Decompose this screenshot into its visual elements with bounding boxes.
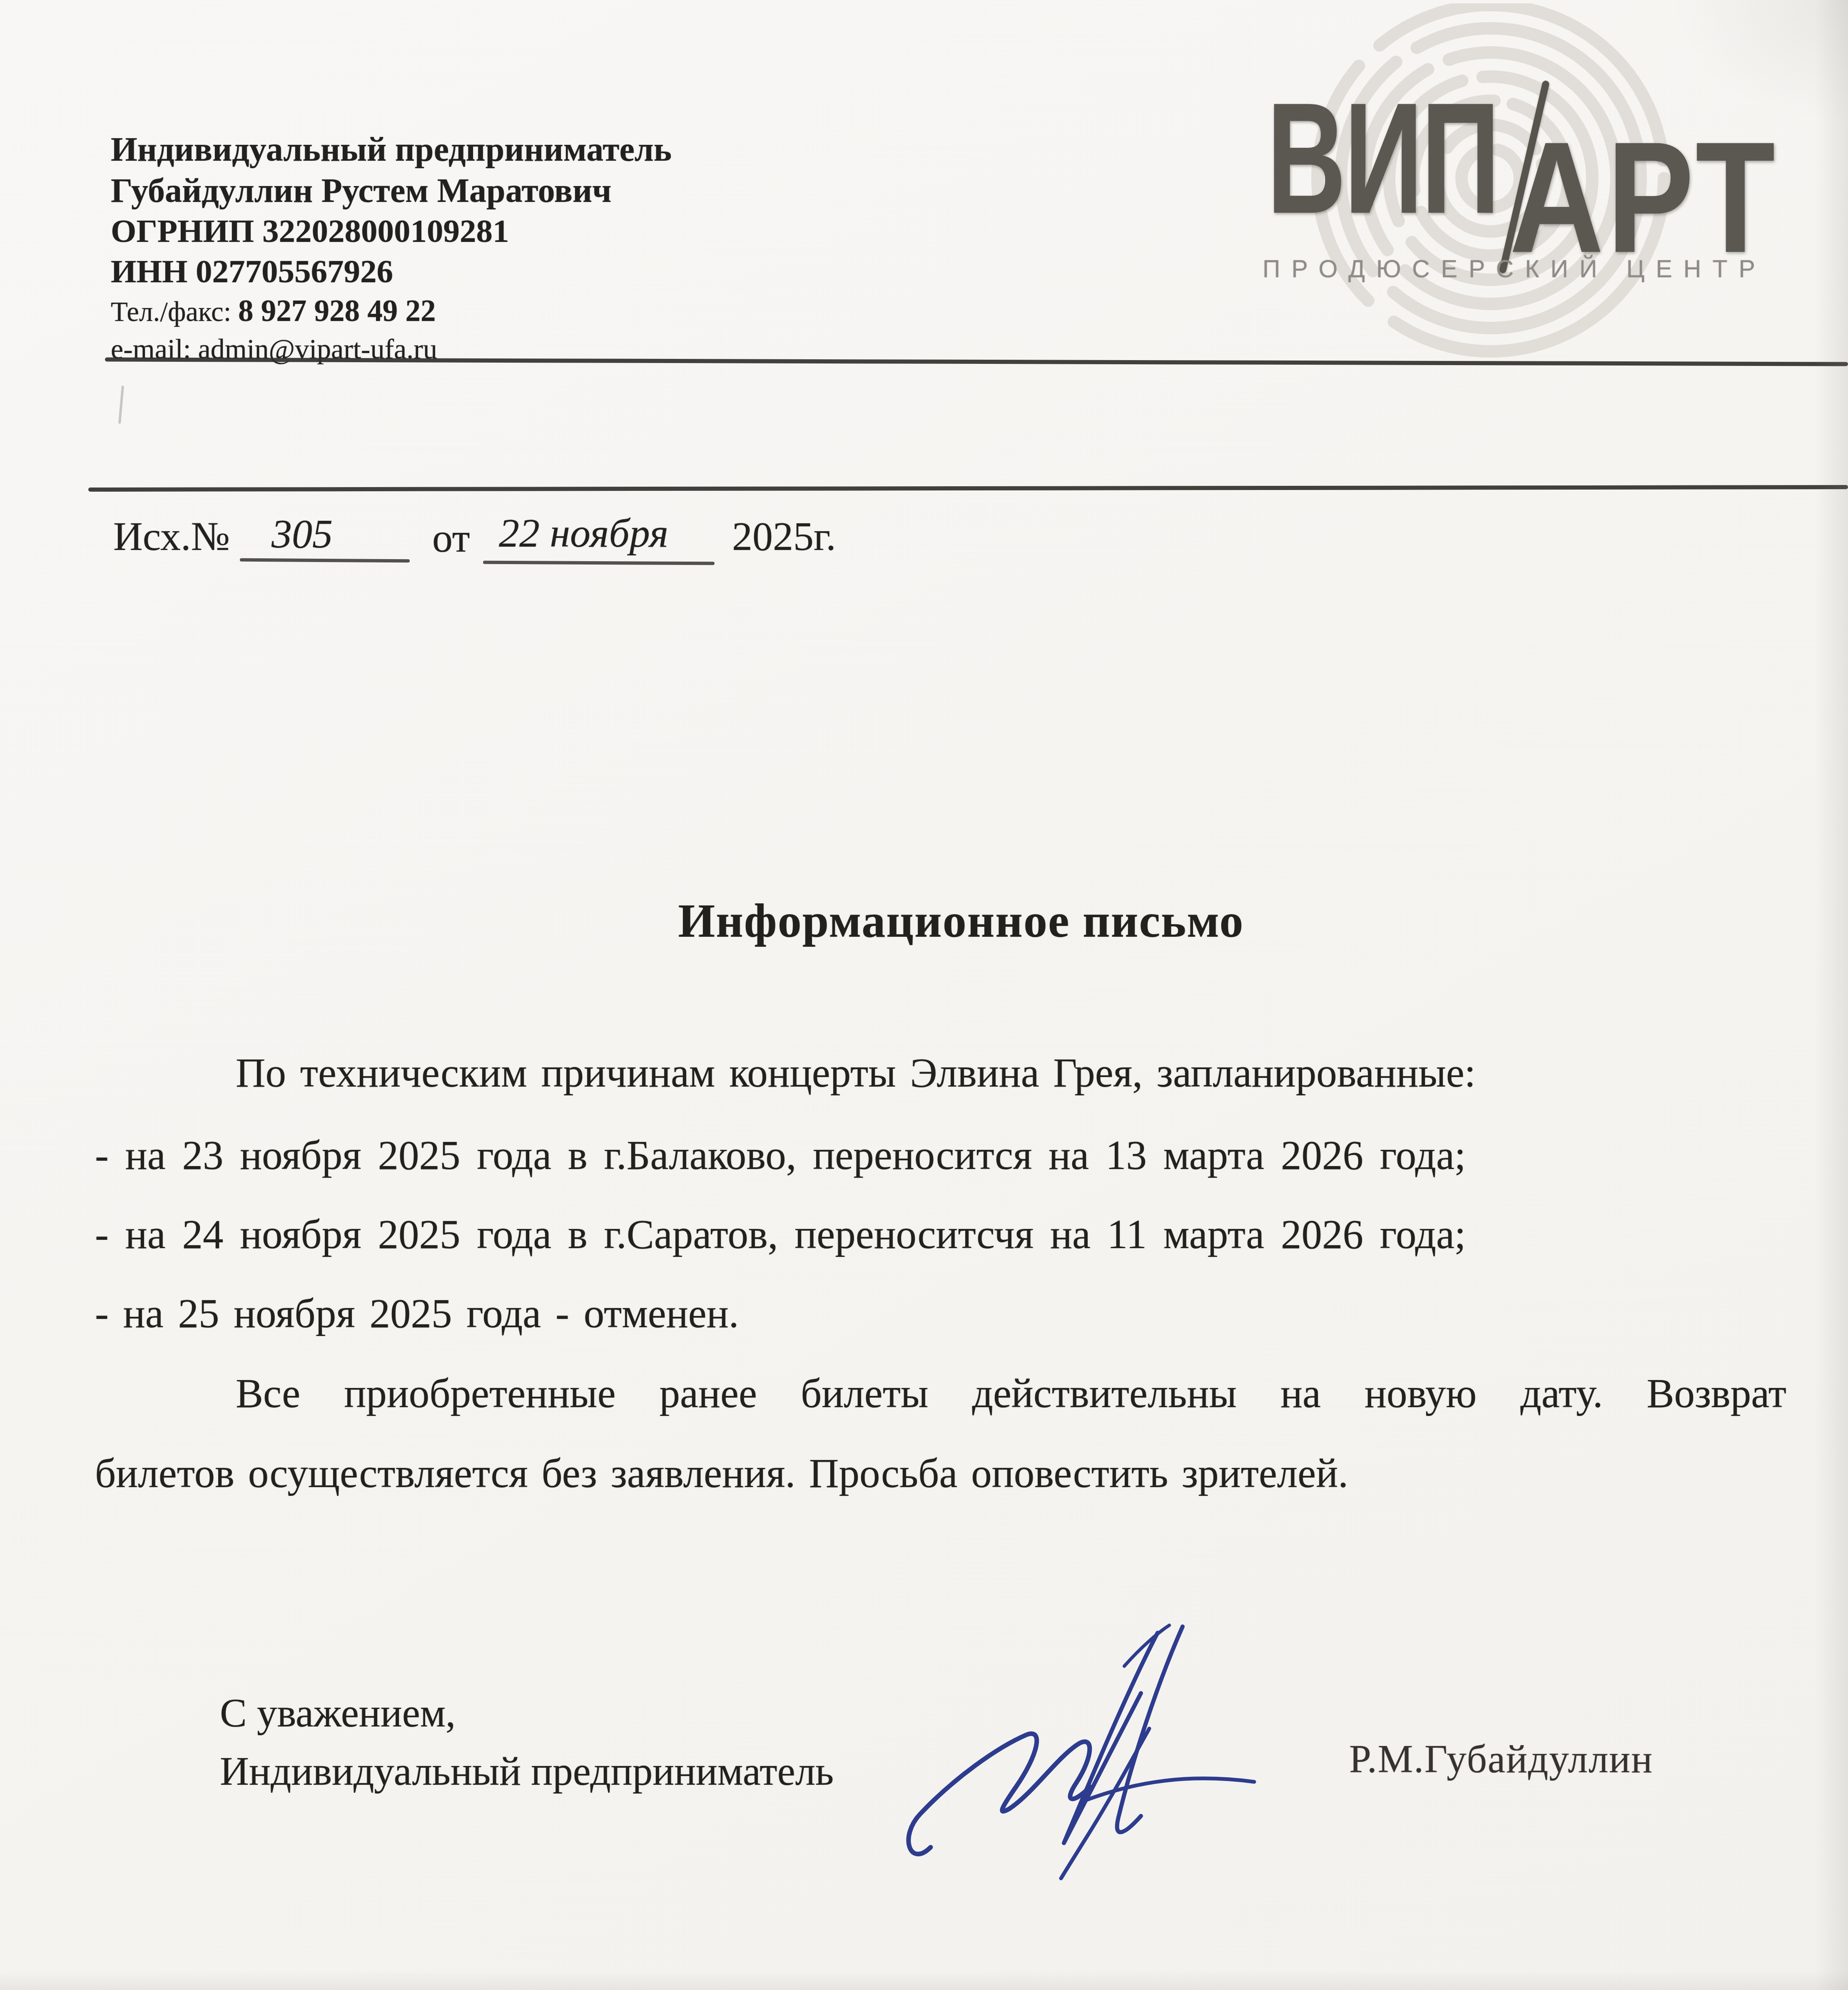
sender-name: Губайдуллин Рустем Маратович [111,174,672,215]
ref-from-label: от [432,518,470,559]
ref-number-underline [240,558,410,562]
ref-label: Исх.№ [113,516,230,557]
sender-type: Индивидуальный предприниматель [111,132,672,174]
scan-bottom-edge-shade [0,1971,1848,1990]
scan-right-edge-shade [1815,0,1848,1990]
phone-label: Тел./факс: [111,296,231,327]
letter-page: ВИП АРТ ПРОДЮСЕРСКИЙ ЦЕНТР Индивидуальны… [0,0,1848,1990]
signoff-regards: С уважением, [220,1693,456,1733]
logo-subtitle: ПРОДЮСЕРСКИЙ ЦЕНТР [1263,255,1766,283]
ref-year: 2025г. [732,516,836,557]
logo-text-art: АРТ [1509,134,1778,261]
body-closing-line2: билетов осуществляется без заявления. Пр… [95,1450,1786,1498]
logo-text-vip: ВИП [1267,95,1498,221]
body-item-saratov: - на 24 ноября 2025 года в г.Саратов, пе… [95,1211,1786,1259]
header-rule-bottom [88,485,1848,492]
body-item-balakovo: - на 23 ноября 2025 года в г.Балаково, п… [95,1132,1786,1180]
ref-number: 305 [271,514,333,555]
body-closing-line1: Все приобретенные ранее билеты действите… [95,1370,1786,1418]
body-intro: По техническим причинам концерты Элвина … [95,1049,1786,1098]
ref-date: 22 ноября [499,513,668,554]
signoff-position: Индивидуальный предприниматель [220,1751,834,1791]
signature-autograph [891,1604,1303,1887]
ref-date-underline [483,561,715,565]
signature-name: Р.М.Губайдуллин [1349,1739,1653,1779]
phone-value: 8 927 928 49 22 [238,294,436,328]
sender-inn: ИНН 027705567926 [111,255,672,296]
sender-block: Индивидуальный предприниматель Губайдулл… [111,132,672,363]
scan-pen-artifact [118,386,124,424]
letter-title: Информационное письмо [74,893,1848,948]
body-item-cancel: - на 25 ноября 2025 года - отменен. [95,1290,1786,1338]
sender-phone: Тел./факс: 8 927 928 49 22 [111,296,672,335]
sender-ogrnip: ОГРНИП 322028000109281 [111,215,672,255]
